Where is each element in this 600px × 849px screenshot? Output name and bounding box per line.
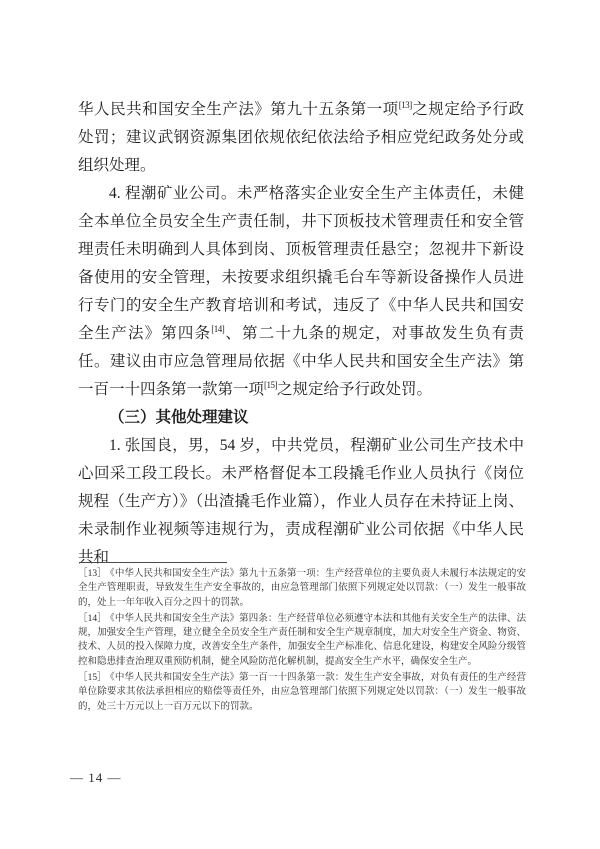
page-number: — 14 —	[70, 770, 122, 786]
footnote-label: ［13］	[78, 569, 107, 579]
text-run: 1. 张国良，男，54 岁，中共党员，程潮矿业公司生产技术中心回采工段工段长。未…	[78, 437, 524, 566]
document-page: 华人民共和国安全生产法》第九十五条第一项[13]之规定给予行政处罚；建议武钢资源…	[0, 0, 600, 849]
section-heading: （三）其他处理建议	[78, 404, 524, 432]
footnote-text: 《中华人民共和国安全生产法》第四条：生产经营单位必须遵守本法和其他有关安全生产的…	[78, 614, 526, 667]
paragraph: 4. 程潮矿业公司。未严格落实企业安全生产主体责任，未健全本单位全员安全生产责任…	[78, 180, 524, 404]
footnote: ［14］《中华人民共和国安全生产法》第四条：生产经营单位必须遵守本法和其他有关安…	[78, 612, 526, 669]
footnote-ref: [14]	[211, 324, 224, 334]
footnote-text: 《中华人民共和国安全生产法》第一百一十四条第一款：发生生产安全事故，对负有责任的…	[78, 673, 526, 712]
footnote: ［13］《中华人民共和国安全生产法》第九十五条第一项：生产经营单位的主要负责人未…	[78, 567, 526, 610]
text-run: 华人民共和国安全生产法》第九十五条第一项	[78, 101, 399, 118]
paragraph: 1. 张国良，男，54 岁，中共党员，程潮矿业公司生产技术中心回采工段工段长。未…	[78, 432, 524, 572]
text-run: 之规定给予行政处罚。	[277, 381, 432, 398]
footnote-label: ［15］	[78, 673, 107, 683]
text-run: 4. 程潮矿业公司。未严格落实企业安全生产主体责任，未健全本单位全员安全生产责任…	[78, 185, 524, 342]
footnote-separator	[79, 562, 227, 563]
footnote-label: ［14］	[78, 614, 107, 624]
footnote-text: 《中华人民共和国安全生产法》第九十五条第一项：生产经营单位的主要负责人未履行本法…	[78, 569, 526, 608]
footnote-ref: [13]	[399, 100, 412, 110]
footnote-ref: [15]	[264, 380, 277, 390]
text-run: （三）其他处理建议	[109, 409, 249, 426]
footnotes: ［13］《中华人民共和国安全生产法》第九十五条第一项：生产经营单位的主要负责人未…	[78, 567, 526, 716]
footnote: ［15］《中华人民共和国安全生产法》第一百一十四条第一款：发生生产安全事故，对负…	[78, 671, 526, 714]
paragraph: 华人民共和国安全生产法》第九十五条第一项[13]之规定给予行政处罚；建议武钢资源…	[78, 96, 524, 180]
body-paragraphs: 华人民共和国安全生产法》第九十五条第一项[13]之规定给予行政处罚；建议武钢资源…	[78, 96, 524, 572]
